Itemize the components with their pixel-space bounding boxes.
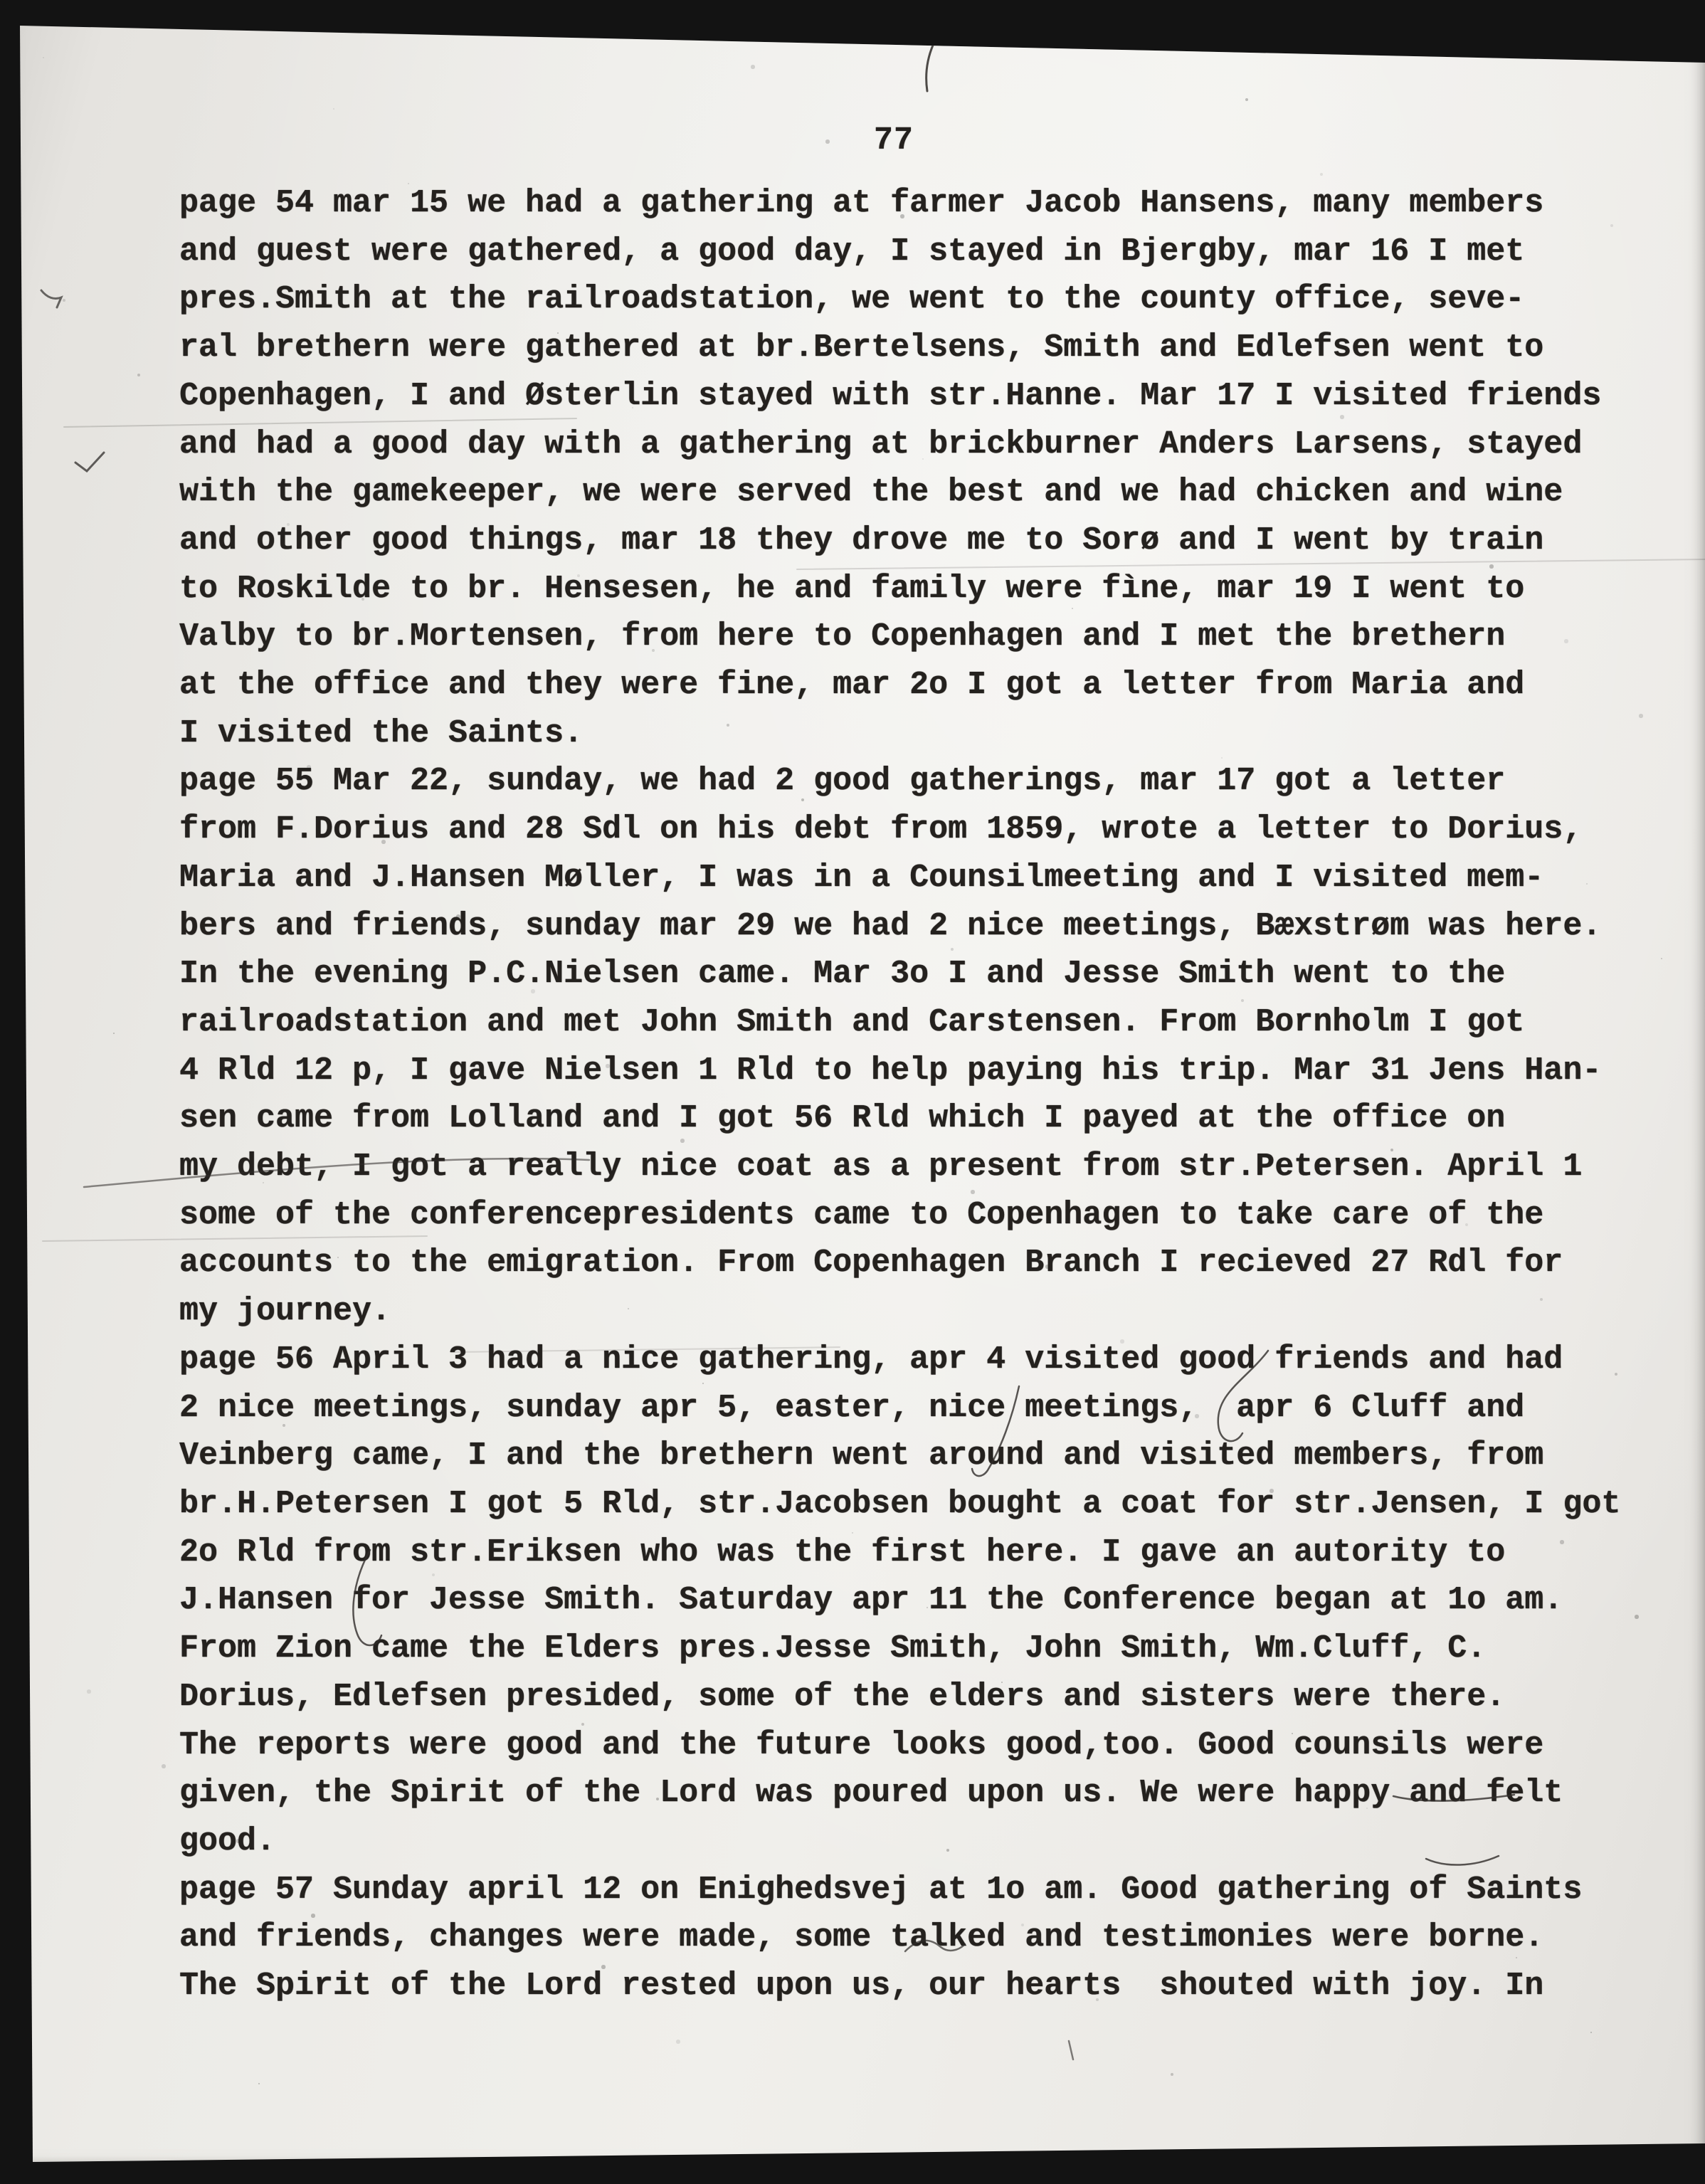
- text-line: 2o Rld from str.Eriksen who was the firs…: [179, 1529, 1695, 1577]
- pen-mark: [1069, 2041, 1073, 2059]
- text-line: to Roskilde to br. Hensesen, he and fami…: [179, 565, 1695, 613]
- text-line: I visited the Saints.: [179, 709, 1695, 758]
- text-line: The reports were good and the future loo…: [179, 1721, 1695, 1770]
- text-line: railroadstation and met John Smith and C…: [179, 998, 1695, 1047]
- text-line: br.H.Petersen I got 5 Rld, str.Jacobsen …: [179, 1480, 1695, 1529]
- text-line: J.Hansen for Jesse Smith. Saturday apr 1…: [179, 1576, 1695, 1625]
- text-line: Copenhagen, I and Østerlin stayed with s…: [179, 372, 1695, 421]
- text-line: page 56 April 3 had a nice gathering, ap…: [179, 1336, 1695, 1384]
- text-line: my debt, I got a really nice coat as a p…: [179, 1143, 1695, 1191]
- text-line: and friends, changes were made, some tal…: [179, 1914, 1695, 1962]
- text-line: at the office and they were fine, mar 2o…: [179, 661, 1695, 709]
- text-line: 4 Rld 12 p, I gave Nielsen 1 Rld to help…: [179, 1047, 1695, 1095]
- pen-mark: [1096, 9, 1143, 17]
- text-line: given, the Spirit of the Lord was poured…: [179, 1769, 1695, 1818]
- scanned-page: 77 page 54 mar 15 we had a gathering at …: [0, 0, 1705, 2184]
- text-line: The Spirit of the Lord rested upon us, o…: [179, 1962, 1695, 2010]
- text-line: page 55 Mar 22, sunday, we had 2 good ga…: [179, 757, 1695, 806]
- text-line: my journey.: [179, 1287, 1695, 1336]
- text-line: pres.Smith at the railroadstation, we we…: [179, 275, 1695, 324]
- text-line: page 54 mar 15 we had a gathering at far…: [179, 179, 1695, 228]
- pen-mark: [41, 290, 61, 307]
- pen-mark: [75, 453, 104, 471]
- text-line: Veinberg came, I and the brethern went a…: [179, 1432, 1695, 1480]
- pen-mark: [927, 9, 962, 91]
- text-line: and other good things, mar 18 they drove…: [179, 517, 1695, 565]
- document-text: page 54 mar 15 we had a gathering at far…: [179, 179, 1695, 2010]
- text-line: From Zion came the Elders pres.Jesse Smi…: [179, 1625, 1695, 1673]
- text-line: good.: [179, 1818, 1695, 1866]
- text-line: ral brethern were gathered at br.Bertels…: [179, 324, 1695, 372]
- scan-background: { "page": { "number": "77", "lines": [ "…: [0, 0, 1705, 2184]
- paper-speckles: [0, 0, 1, 1]
- text-line: accounts to the emigration. From Copenha…: [179, 1239, 1695, 1287]
- text-line: with the gamekeeper, we were served the …: [179, 468, 1695, 517]
- text-line: some of the conferencepresidents came to…: [179, 1191, 1695, 1240]
- text-line: In the evening P.C.Nielsen came. Mar 3o …: [179, 950, 1695, 998]
- text-line: and had a good day with a gathering at b…: [179, 421, 1695, 469]
- text-line: bers and friends, sunday mar 29 we had 2…: [179, 902, 1695, 951]
- text-line: sen came from Lolland and I got 56 Rld w…: [179, 1094, 1695, 1143]
- text-line: Valby to br.Mortensen, from here to Cope…: [179, 613, 1695, 661]
- text-line: and guest were gathered, a good day, I s…: [179, 228, 1695, 276]
- text-line: Dorius, Edlefsen presided, some of the e…: [179, 1673, 1695, 1721]
- page-number: 77: [874, 122, 914, 159]
- text-line: page 57 Sunday april 12 on Enighedsvej a…: [179, 1866, 1695, 1914]
- text-line: from F.Dorius and 28 Sdl on his debt fro…: [179, 806, 1695, 854]
- text-line: Maria and J.Hansen Møller, I was in a Co…: [179, 854, 1695, 902]
- text-line: 2 nice meetings, sunday apr 5, easter, n…: [179, 1384, 1695, 1433]
